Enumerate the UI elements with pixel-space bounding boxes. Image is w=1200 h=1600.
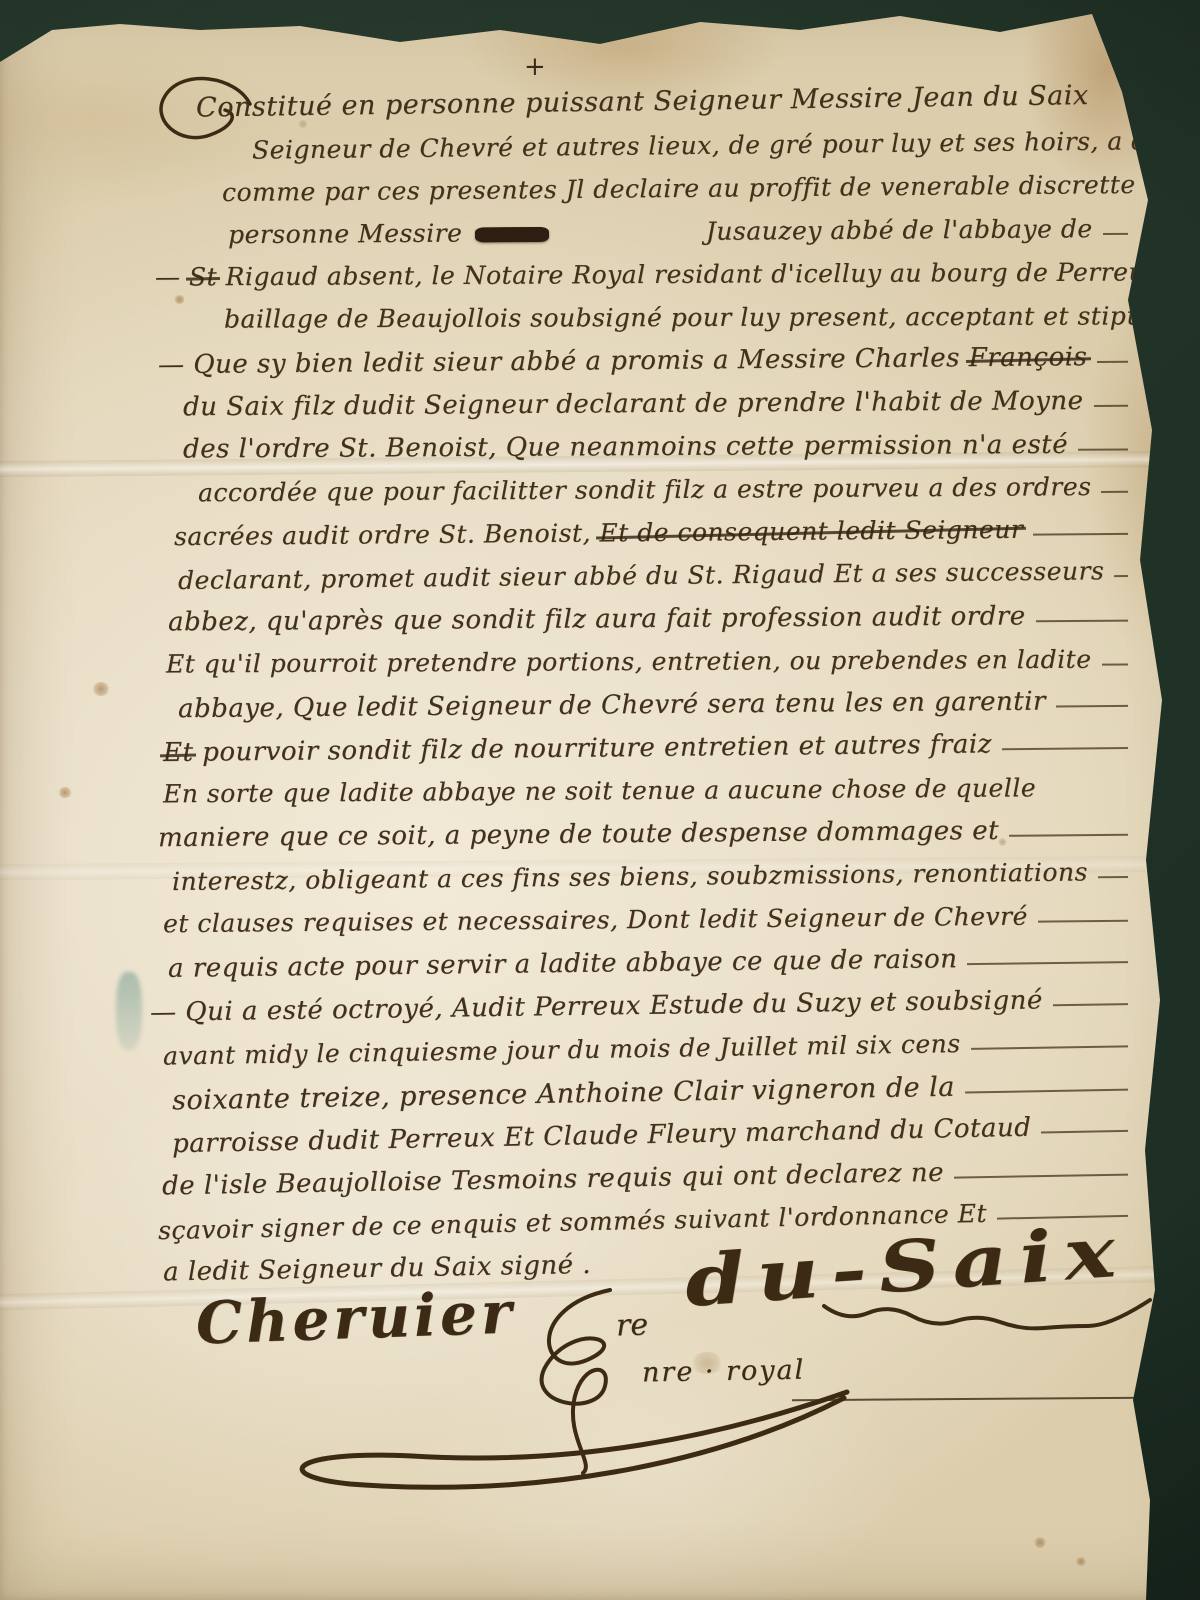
ink-blot	[475, 227, 549, 243]
manuscript-text: — Que sy bien ledit sieur abbé a promis …	[158, 343, 969, 380]
manuscript-text: maniere que ce soit, a peyne de toute de…	[158, 816, 999, 853]
manuscript-text: soixante treize, presence Anthoine Clair…	[172, 1072, 955, 1117]
manuscript-text: Seigneur de Chevré et autres lieux, de g…	[252, 125, 1200, 164]
manuscript-line: du Saix filz dudit Seigneur declarant de…	[183, 386, 1128, 423]
manuscript-text: baillage de Beaujollois soubsigné pour l…	[224, 301, 1200, 333]
manuscript-text: En sorte que ladite abbaye ne soit tenue…	[163, 773, 1036, 808]
manuscript-text: personne Messire	[228, 218, 471, 249]
manuscript-line: — Que sy bien ledit sieur abbé a promis …	[158, 342, 1128, 380]
manuscript-line: soixante treize, presence Anthoine Clair…	[172, 1069, 1128, 1117]
manuscript-text: Et qu'il pourroit pretendre portions, en…	[166, 645, 1092, 679]
line-filler-dash	[1102, 663, 1129, 665]
manuscript-line: des l'ordre St. Benoist, Que neanmoins c…	[183, 430, 1128, 465]
line-filler-dash	[1036, 620, 1128, 623]
struck-text: Et de consequent ledit Seigneur	[599, 515, 1023, 548]
manuscript-line: — Qui a esté octroyé, Audit Perreux Estu…	[150, 984, 1128, 1028]
signature-flourish	[232, 1380, 862, 1510]
manuscript-line: de l'isle Beaujolloise Tesmoins requis q…	[162, 1155, 1128, 1202]
line-filler-dash	[1101, 491, 1128, 493]
manuscript-text-layer: + Cheruier re nre · royal du-Saix Consti…	[0, 0, 1200, 1600]
line-filler-dash	[1094, 405, 1128, 407]
struck-text: Et	[163, 738, 194, 768]
line-filler-dash	[1033, 533, 1128, 536]
manuscript-text: abbaye, Que ledit Seigneur de Chevré ser…	[178, 687, 1046, 725]
manuscript-line: baillage de Beaujollois soubsigné pour l…	[224, 301, 1128, 333]
line-filler-dash	[1002, 747, 1128, 750]
cross-mark: +	[524, 52, 546, 82]
manuscript-line: Seigneur de Chevré et autres lieux, de g…	[252, 126, 1128, 165]
line-filler-dash	[1078, 449, 1128, 451]
manuscript-text: avant midy le cinquiesme jour du mois de…	[163, 1029, 961, 1071]
manuscript-line: et clauses requises et necessaires, Dont…	[163, 901, 1128, 939]
line-filler-dash	[954, 1174, 1128, 1179]
line-filler-dash	[971, 1045, 1128, 1049]
manuscript-text: —	[155, 262, 189, 291]
manuscript-line: Et qu'il pourroit pretendre portions, en…	[166, 644, 1128, 679]
line-filler-dash	[1056, 705, 1128, 708]
manuscript-line: — St Rigaud absent, le Notaire Royal res…	[155, 257, 1128, 292]
manuscript-text: Constitué en personne puissant Seigneur …	[196, 80, 1089, 123]
manuscript-text: accordée que pour facilitter sondit filz…	[198, 472, 1092, 507]
manuscript-text: des l'ordre St. Benoist, Que neanmoins c…	[183, 430, 1068, 465]
photo-background: + Cheruier re nre · royal du-Saix Consti…	[0, 0, 1200, 1600]
line-filler-dash	[1041, 1130, 1128, 1134]
manuscript-line: comme par ces presentes Jl declaire au p…	[222, 170, 1128, 208]
manuscript-line: sacrées audit ordre St. Benoist, Et de c…	[174, 514, 1128, 552]
manuscript-line: accordée que pour facilitter sondit filz…	[198, 472, 1128, 508]
manuscript-text: Jusauzey abbé de l'abbaye de	[553, 214, 1093, 247]
line-filler-dash	[1114, 575, 1128, 577]
manuscript-line: parroisse dudit Perreux Et Claude Fleury…	[172, 1111, 1128, 1159]
line-filler-dash	[967, 961, 1128, 965]
manuscript-line: abbaye, Que ledit Seigneur de Chevré ser…	[178, 686, 1128, 724]
manuscript-text: comme par ces presentes Jl declaire au p…	[222, 170, 1136, 207]
manuscript-text: du Saix filz dudit Seigneur declarant de…	[183, 386, 1084, 422]
manuscript-text: pourvoir sondit filz de nourriture entre…	[193, 729, 992, 767]
line-filler-dash	[1098, 876, 1128, 878]
manuscript-text: interestz, obligeant a ces fins ses bien…	[172, 857, 1088, 896]
struck-text: St	[189, 262, 217, 291]
manuscript-line: En sorte que ladite abbaye ne soit tenue…	[163, 773, 1128, 809]
line-filler-dash	[1097, 361, 1128, 363]
line-filler-dash	[997, 1215, 1128, 1220]
manuscript-text: parroisse dudit Perreux Et Claude Fleury…	[172, 1113, 1032, 1159]
manuscript-line: declarant, promet audit sieur abbé du St…	[178, 556, 1128, 596]
struck-text: François	[969, 342, 1088, 373]
manuscript-line: maniere que ce soit, a peyne de toute de…	[158, 815, 1128, 853]
manuscript-text: declarant, promet audit sieur abbé du St…	[178, 556, 1105, 595]
document-paper: + Cheruier re nre · royal du-Saix Consti…	[0, 0, 1200, 1600]
manuscript-line: abbez, qu'après que sondit filz aura fai…	[168, 601, 1128, 638]
manuscript-line: interestz, obligeant a ces fins ses bien…	[172, 857, 1128, 897]
manuscript-text: Rigaud absent, le Notaire Royal residant…	[217, 257, 1160, 291]
line-filler-dash	[1053, 1003, 1128, 1006]
manuscript-line: avant midy le cinquiesme jour du mois de…	[163, 1026, 1128, 1071]
manuscript-line: a requis acte pour servir a ladite abbay…	[168, 942, 1128, 984]
manuscript-text: — Qui a esté octroyé, Audit Perreux Estu…	[150, 985, 1043, 1027]
signature-underline-flourish	[820, 1292, 1160, 1348]
line-filler-dash	[1038, 920, 1128, 923]
manuscript-text: et clauses requises et necessaires, Dont…	[163, 902, 1028, 939]
line-filler-dash	[1103, 233, 1128, 235]
manuscript-text: a requis acte pour servir a ladite abbay…	[168, 944, 958, 984]
manuscript-text: abbez, qu'après que sondit filz aura fai…	[168, 601, 1026, 637]
line-filler-dash	[1009, 834, 1128, 837]
manuscript-text: de l'isle Beaujolloise Tesmoins requis q…	[162, 1158, 944, 1202]
manuscript-line: Et pourvoir sondit filz de nourriture en…	[163, 728, 1128, 768]
manuscript-line: personne Messire Jusauzey abbé de l'abba…	[228, 214, 1128, 250]
manuscript-text: sacrées audit ordre St. Benoist,	[174, 518, 600, 551]
line-filler-dash	[965, 1089, 1128, 1094]
manuscript-line: Constitué en personne puissant Seigneur …	[196, 79, 1128, 123]
